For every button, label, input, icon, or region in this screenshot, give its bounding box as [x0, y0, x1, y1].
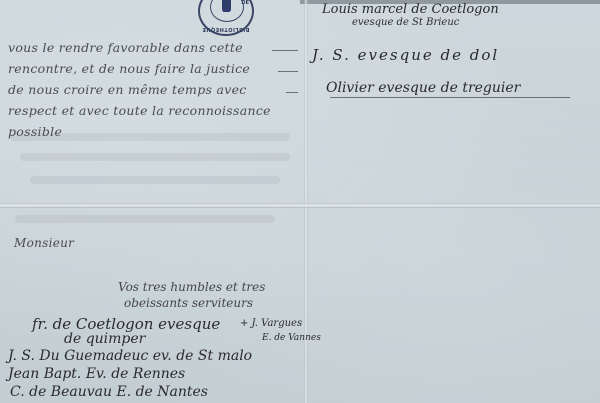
salutation: Monsieur — [14, 236, 74, 250]
signature-right-2: J. S. evesque de dol — [312, 46, 499, 64]
body-line-3: de nous croire en même temps avec — [8, 82, 247, 97]
body-line-5: possible — [8, 124, 62, 139]
line-filler-rule — [278, 71, 298, 72]
library-stamp: DE BIBLIOTHÈQUE — [198, 0, 254, 36]
signature-right-3: Olivier evesque de treguier — [326, 80, 520, 96]
closing-line-2: obeissants serviteurs — [124, 296, 253, 310]
signature-annotation-2: E. de Vannes — [262, 333, 321, 343]
body-line-2: rencontre, et de nous faire la justice — [8, 61, 250, 76]
line-filler-rule — [286, 92, 298, 93]
signature-right-1: Louis marcel de Coetlogon — [322, 2, 499, 17]
signature-annotation-1: + J. Vargues — [240, 318, 302, 329]
closing-line-1: Vos tres humbles et tres — [118, 280, 265, 294]
bleed-through-line — [20, 153, 290, 161]
body-line-1: vous le rendre favorable dans cette — [8, 40, 243, 55]
stamp-text: BIBLIOTHÈQUE — [202, 26, 250, 32]
line-filler-rule — [272, 50, 298, 51]
bleed-through-line — [15, 215, 275, 223]
horizontal-fold-crease — [0, 203, 600, 208]
signature-underline — [330, 97, 570, 98]
stamp-side-letters: DE — [241, 0, 249, 6]
signature-left-3: Jean Bapt. Ev. de Rennes — [8, 366, 185, 382]
signature-left-4: C. de Beauvau E. de Nantes — [10, 384, 208, 400]
signature-left-2: J. S. Du Guemadeuc ev. de St malo — [8, 348, 252, 364]
body-line-4: respect et avec toute la reconnoissance — [8, 103, 271, 118]
stamp-emblem-icon — [222, 0, 231, 12]
signature-left-1-cont: de quimper — [64, 331, 145, 347]
signature-right-1-title: evesque de St Brieuc — [352, 17, 459, 28]
bleed-through-line — [30, 176, 280, 184]
